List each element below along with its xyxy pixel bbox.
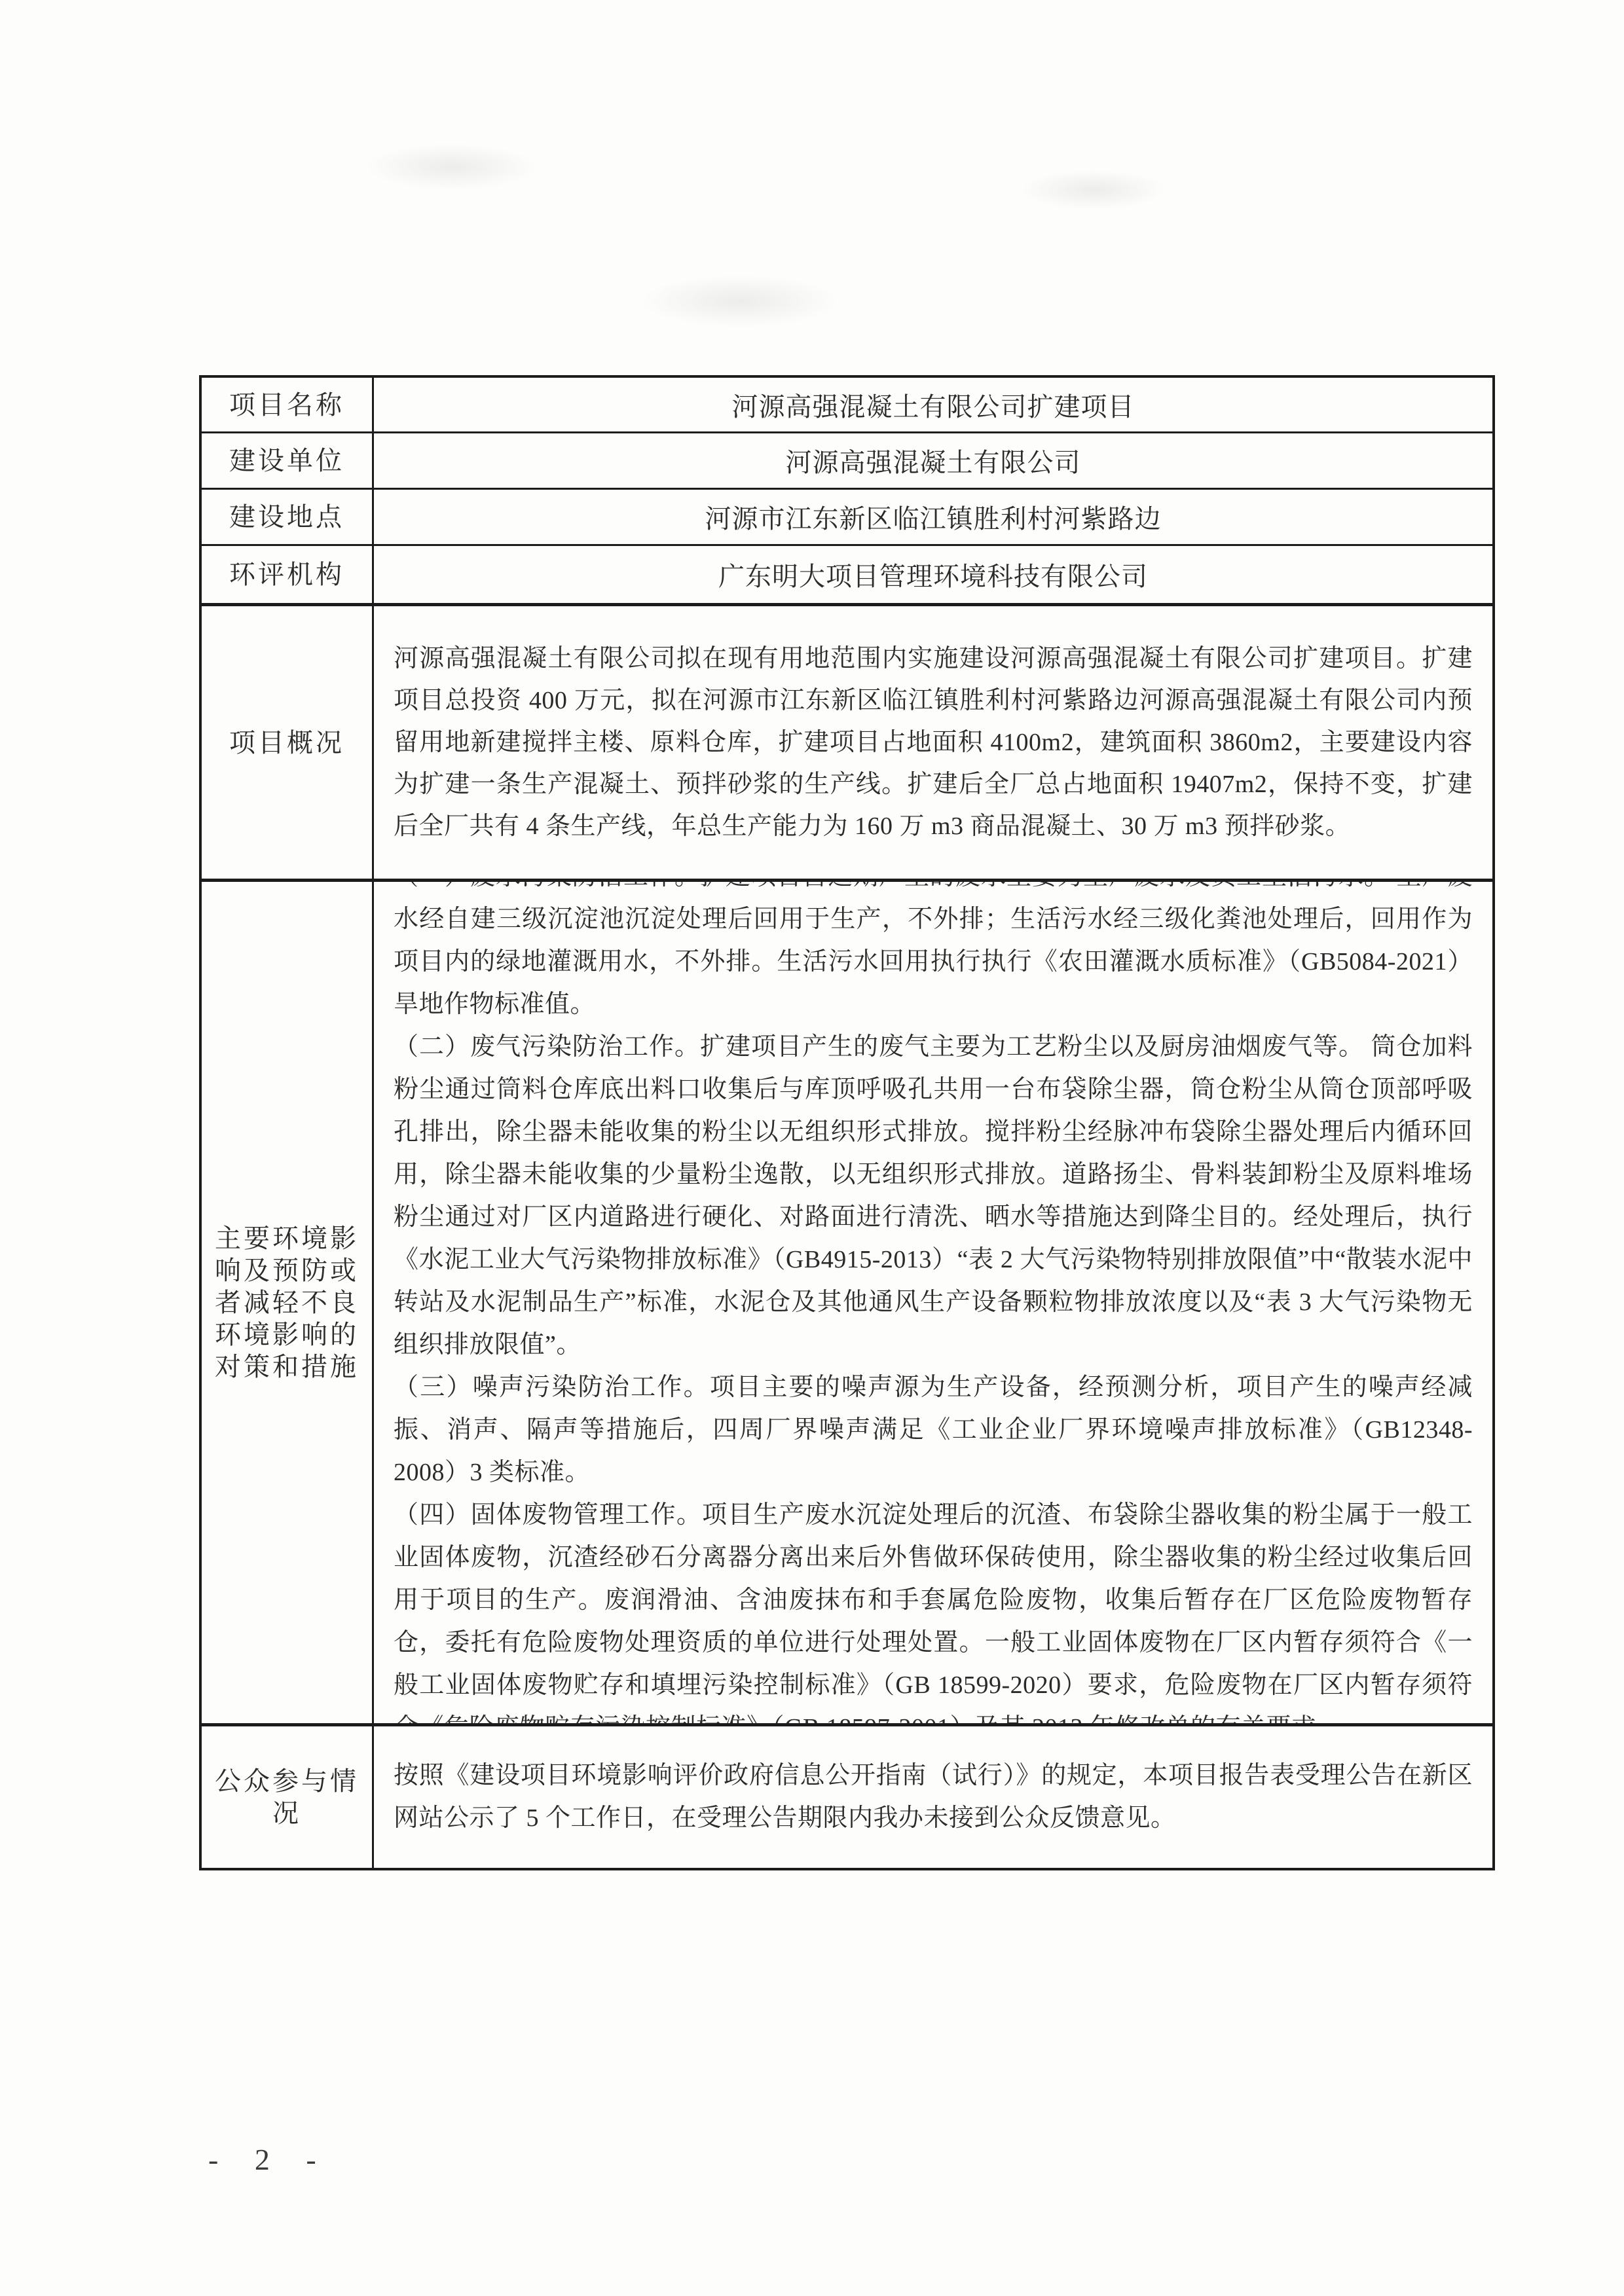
eia-agency-value: 广东明大项目管理环境科技有限公司 xyxy=(374,556,1492,593)
row-label-cell: 项目名称 xyxy=(202,378,374,431)
row-label-cell: 环评机构 xyxy=(202,546,374,603)
row-label-cell: 建设单位 xyxy=(202,433,374,488)
row-label: 环评机构 xyxy=(213,558,361,591)
row-content-cell: 河源高强混凝土有限公司扩建项目 xyxy=(374,378,1492,431)
row-label-cell: 项目概况 xyxy=(202,606,374,879)
construction-unit-value: 河源高强混凝土有限公司 xyxy=(374,442,1492,479)
table-row-eia-agency: 环评机构 广东明大项目管理环境科技有限公司 xyxy=(202,546,1492,606)
row-content-cell: 河源市江东新区临江镇胜利村河紫路边 xyxy=(374,490,1492,544)
row-label: 公众参与情况 xyxy=(213,1765,361,1829)
row-label-cell: 公众参与情况 xyxy=(202,1726,374,1868)
row-content-cell: 按照《建设项目环境影响评价政府信息公开指南（试行）》的规定，本项目报告表受理公告… xyxy=(374,1726,1492,1868)
scan-smudge xyxy=(642,275,838,327)
table-row-public-participation: 公众参与情况 按照《建设项目环境影响评价政府信息公开指南（试行）》的规定，本项目… xyxy=(202,1726,1492,1868)
document-page: 项目名称 河源高强混凝土有限公司扩建项目 建设单位 河源高强混凝土有限公司 建设… xyxy=(0,0,1624,2296)
row-label: 建设地点 xyxy=(213,501,361,533)
project-info-table: 项目名称 河源高强混凝土有限公司扩建项目 建设单位 河源高强混凝土有限公司 建设… xyxy=(199,375,1495,1870)
row-label-cell: 建设地点 xyxy=(202,490,374,544)
construction-site-value: 河源市江东新区临江镇胜利村河紫路边 xyxy=(374,498,1492,536)
row-label: 项目概况 xyxy=(213,727,361,759)
row-label: 项目名称 xyxy=(213,389,361,421)
table-row-project-overview: 项目概况 河源高强混凝土有限公司拟在现有用地范围内实施建设河源高强混凝土有限公司… xyxy=(202,606,1492,882)
project-overview-text: 河源高强混凝土有限公司拟在现有用地范围内实施建设河源高强混凝土有限公司扩建项目。… xyxy=(374,638,1492,847)
project-name-value: 河源高强混凝土有限公司扩建项目 xyxy=(374,386,1492,424)
row-label: 主要环境影响及预防或者减轻不良环境影响的对策和措施 xyxy=(213,1222,361,1383)
row-content-cell: （一）废水污染防治工作。扩建项目营运期产生的废水主要为生产废水及员工生活污水。 … xyxy=(374,882,1492,1723)
table-row-environmental-measures: 主要环境影响及预防或者减轻不良环境影响的对策和措施 （一）废水污染防治工作。扩建… xyxy=(202,882,1492,1726)
row-label: 建设单位 xyxy=(213,445,361,477)
row-label-cell: 主要环境影响及预防或者减轻不良环境影响的对策和措施 xyxy=(202,882,374,1723)
row-content-cell: 广东明大项目管理环境科技有限公司 xyxy=(374,546,1492,603)
scan-smudge xyxy=(1022,170,1166,210)
page-number: - 2 - xyxy=(208,2142,331,2177)
row-content-cell: 河源高强混凝土有限公司拟在现有用地范围内实施建设河源高强混凝土有限公司扩建项目。… xyxy=(374,606,1492,879)
environmental-measures-text: （一）废水污染防治工作。扩建项目营运期产生的废水主要为生产废水及员工生活污水。 … xyxy=(374,882,1492,1723)
public-participation-text: 按照《建设项目环境影响评价政府信息公开指南（试行）》的规定，本项目报告表受理公告… xyxy=(374,1755,1492,1840)
table-row-project-name: 项目名称 河源高强混凝土有限公司扩建项目 xyxy=(202,378,1492,433)
row-content-cell: 河源高强混凝土有限公司 xyxy=(374,433,1492,488)
table-row-construction-unit: 建设单位 河源高强混凝土有限公司 xyxy=(202,433,1492,490)
table-row-construction-site: 建设地点 河源市江东新区临江镇胜利村河紫路边 xyxy=(202,490,1492,546)
scan-smudge xyxy=(367,144,537,190)
